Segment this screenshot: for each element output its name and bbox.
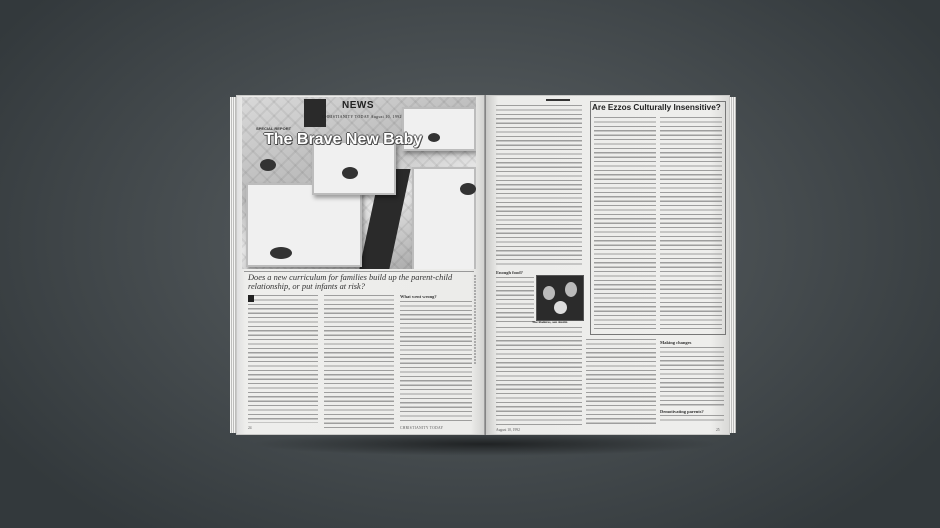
page-number: 25 <box>716 428 720 432</box>
bassinet <box>246 183 362 267</box>
photo-shadow <box>304 99 326 127</box>
page-number: 24 <box>248 426 252 430</box>
right-page: Enough food? The Raderos, son Austin Are… <box>486 95 730 435</box>
body-column-2 <box>324 295 394 431</box>
subhead-enough-food: Enough food? <box>496 270 523 275</box>
body-column-2 <box>586 339 656 425</box>
face <box>543 286 555 300</box>
face <box>554 301 567 314</box>
body-column-3 <box>660 347 724 407</box>
body-column-3-end <box>660 415 724 424</box>
face <box>565 282 577 297</box>
infant <box>342 167 358 179</box>
spread-shadow <box>250 432 720 456</box>
body-column-1 <box>496 105 582 265</box>
photo-credit <box>474 275 476 365</box>
magazine-spread: NEWS CHRISTIANITY TODAY August 10, 1992 … <box>236 95 730 435</box>
sidebar-title: Are Ezzos Culturally Insensitive? <box>592 103 721 112</box>
divider <box>244 271 474 272</box>
article-title: The Brave New Baby <box>264 131 422 149</box>
footer-date: August 10, 1992 <box>496 428 520 432</box>
subhead-demotivating: Demotivating parents? <box>660 409 704 414</box>
drop-cap <box>248 295 254 302</box>
nursery-photo: NEWS CHRISTIANITY TODAY August 10, 1992 … <box>242 97 476 269</box>
body-column-1 <box>248 295 318 423</box>
body-column-1-lower <box>496 327 582 425</box>
infant <box>428 133 440 142</box>
infant <box>270 247 292 259</box>
masthead-line: CHRISTIANITY TODAY August 10, 1992 <box>322 114 402 119</box>
body-column-1-wrap <box>496 277 534 325</box>
top-mark <box>546 99 570 101</box>
body-column-3 <box>400 301 472 423</box>
left-page: NEWS CHRISTIANITY TODAY August 10, 1992 … <box>236 95 486 435</box>
infant <box>260 159 276 171</box>
subhead-what-went-wrong: What went wrong? <box>400 294 437 299</box>
section-label: NEWS <box>342 100 374 111</box>
page-edge-right <box>730 97 736 433</box>
infant <box>460 183 476 195</box>
subhead-making-changes: Making changes <box>660 340 691 345</box>
article-deck: Does a new curriculum for families build… <box>248 273 470 291</box>
family-photo <box>536 275 584 321</box>
footer-magazine: CHRISTIANITY TODAY <box>400 426 443 430</box>
photo-caption: The Raderos, son Austin <box>532 320 567 324</box>
sidebar-column-2 <box>660 117 722 329</box>
sidebar-column-1 <box>594 117 656 329</box>
